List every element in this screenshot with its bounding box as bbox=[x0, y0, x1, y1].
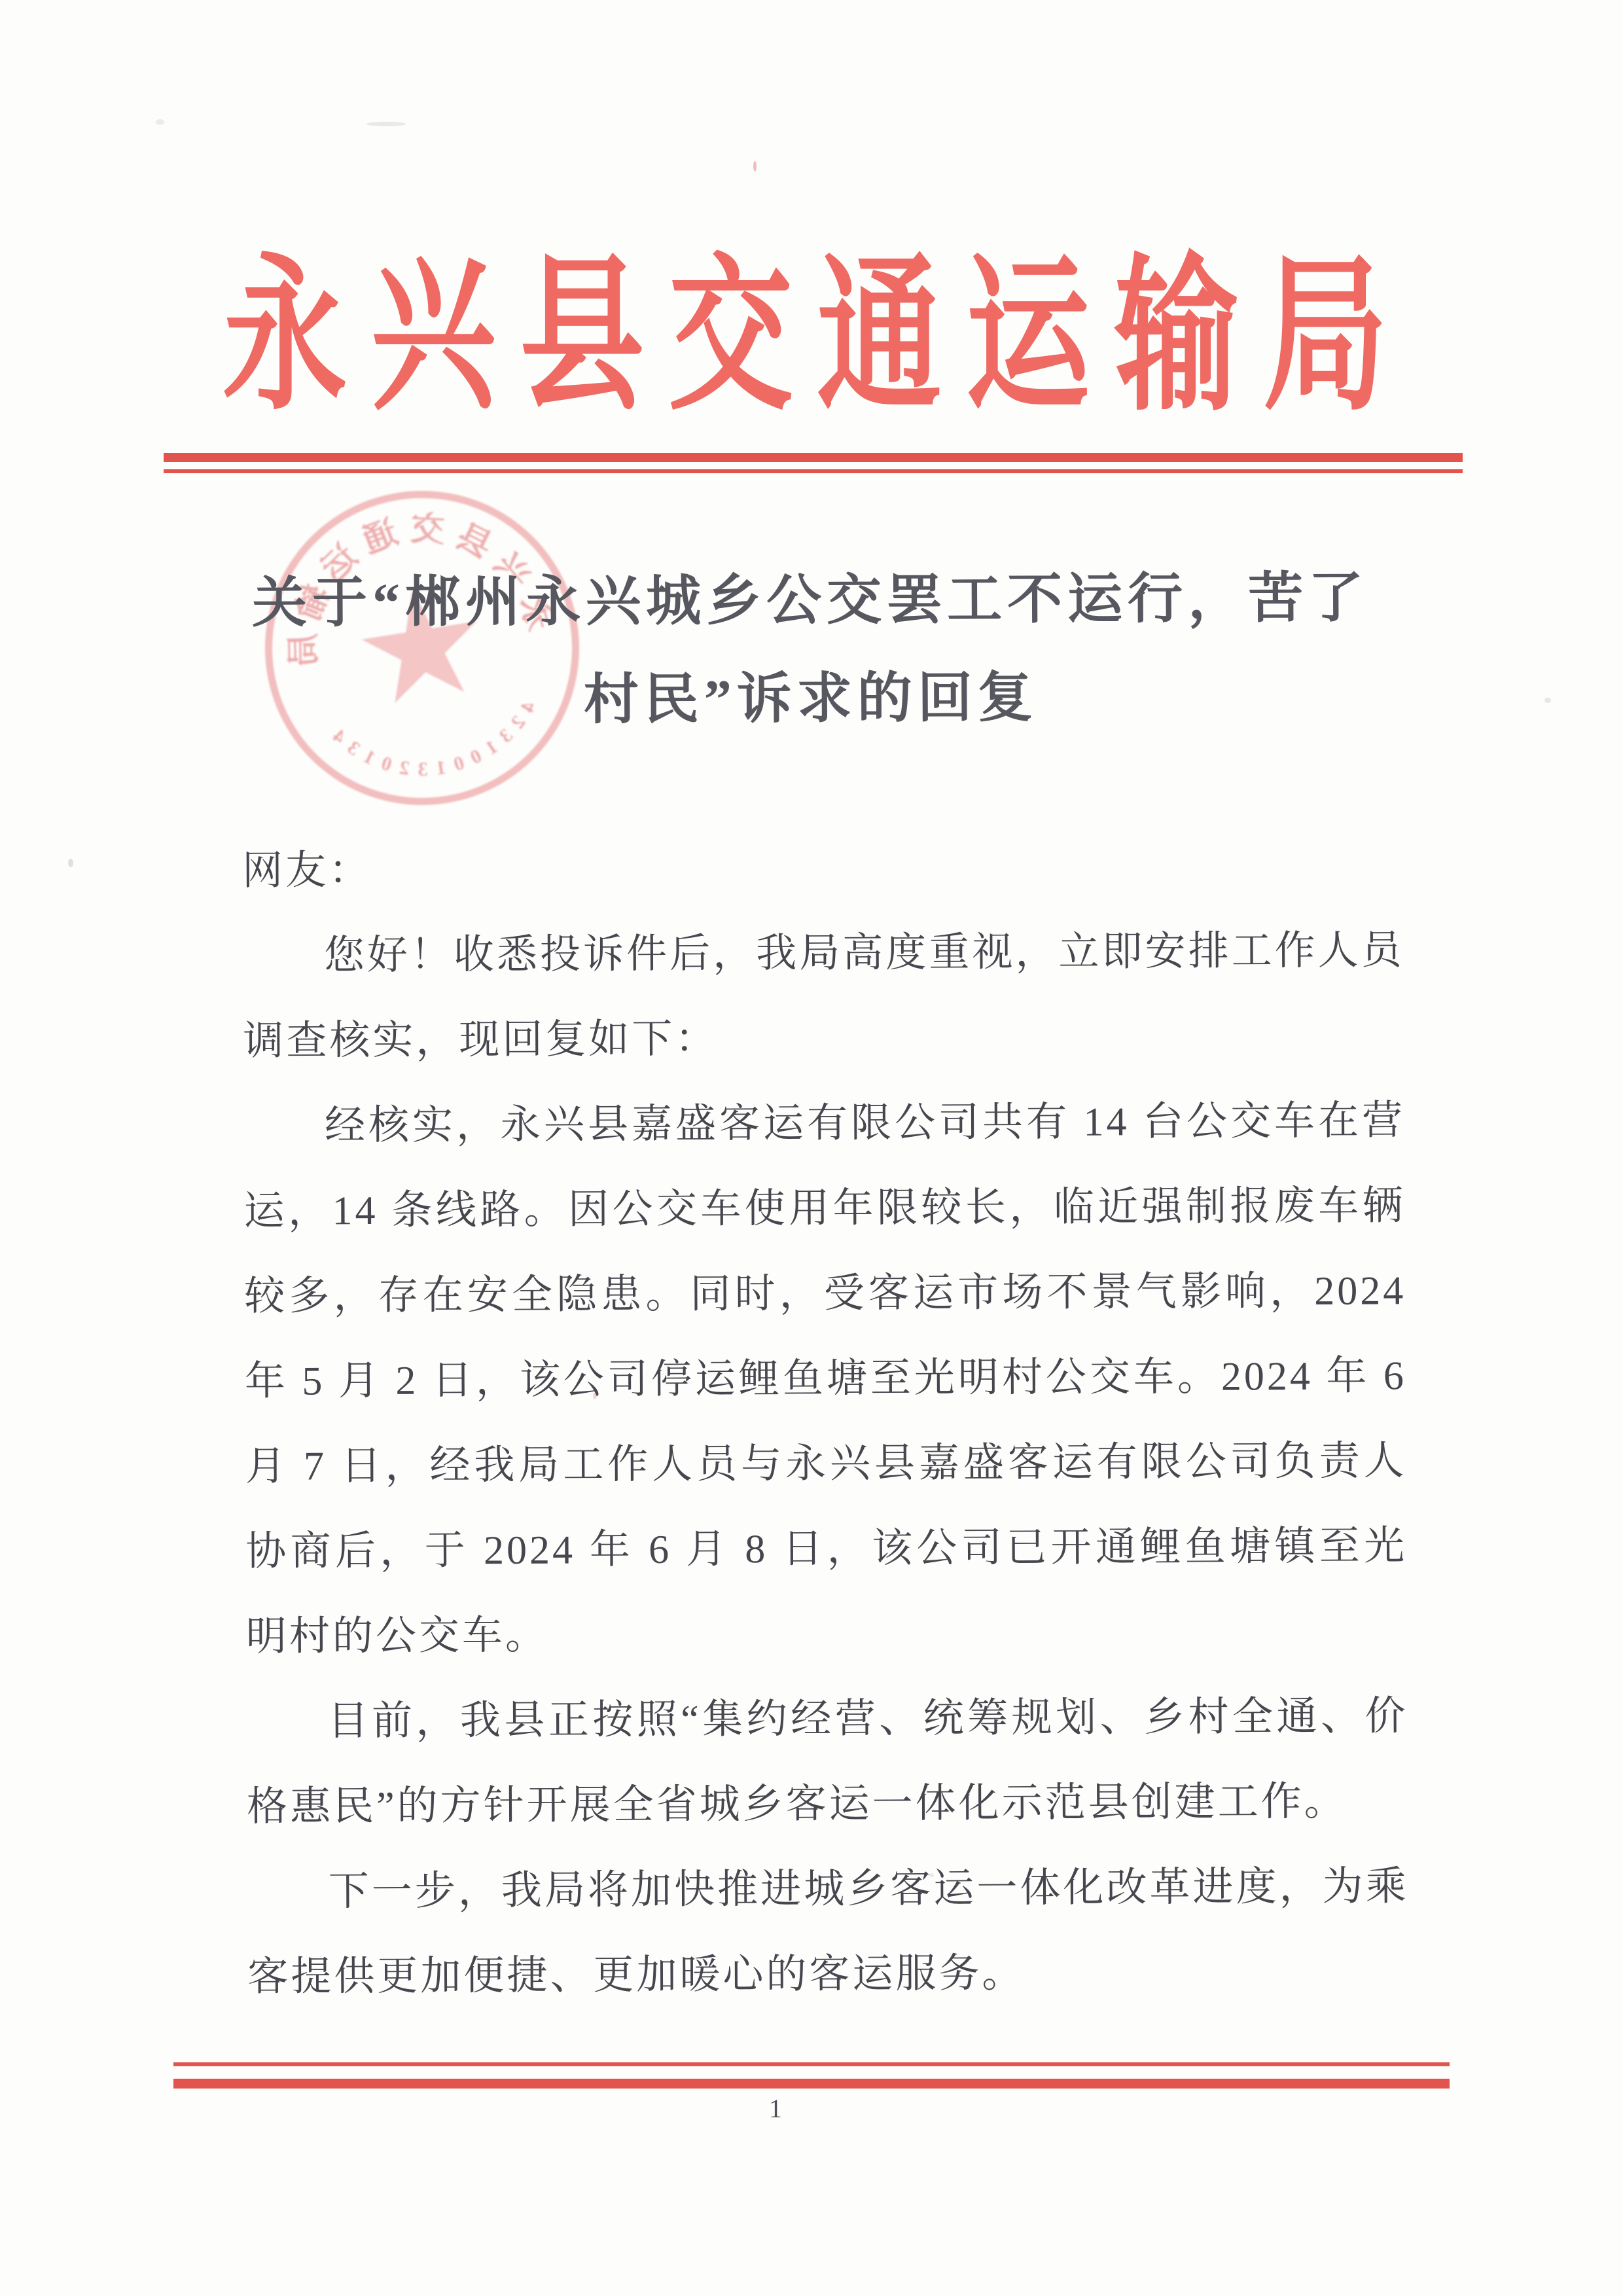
paragraph: 您好！收悉投诉件后，我局高度重视，立即安排工作人员调查核实，现回复如下： bbox=[242, 908, 1404, 1084]
header-rule-thin bbox=[164, 469, 1463, 473]
paragraph: 下一步，我局将加快推进城乡客运一体化改革进度，为乘客提供更加便捷、更加暖心的客运… bbox=[247, 1844, 1409, 2020]
footer-rule-thin bbox=[173, 2062, 1450, 2066]
scan-noise bbox=[753, 161, 757, 171]
scan-noise bbox=[366, 122, 406, 126]
salutation: 网友： bbox=[242, 823, 1404, 914]
document-title-line2: 村民”诉求的回复 bbox=[222, 647, 1400, 751]
paragraph: 目前，我县正按照“集约经营、统筹规划、乡村全通、价格惠民”的方针开展全省城乡客运… bbox=[246, 1674, 1408, 1850]
header-rule-thick bbox=[164, 453, 1463, 462]
scan-noise bbox=[156, 119, 164, 125]
document-title-line1: 关于“郴州永兴城乡公交罢工不运行，苦了 bbox=[221, 549, 1400, 653]
document-title: 关于“郴州永兴城乡公交罢工不运行，苦了 村民”诉求的回复 bbox=[221, 549, 1400, 751]
scanned-document-page: 永兴县交通运输局 永兴县交通运输局 4310231001324 关于“郴州永兴城… bbox=[0, 0, 1623, 2296]
page-number: 1 bbox=[0, 2093, 1551, 2124]
footer-rule-thick bbox=[173, 2079, 1450, 2089]
scan-noise bbox=[68, 859, 73, 867]
document-body: 网友： 您好！收悉投诉件后，我局高度重视，立即安排工作人员调查核实，现回复如下：… bbox=[242, 823, 1410, 2020]
letterhead-title: 永兴县交通运输局 bbox=[223, 254, 1387, 431]
scan-noise bbox=[1544, 698, 1551, 703]
text-block: 关于“郴州永兴城乡公交罢工不运行，苦了 村民”诉求的回复 网友： 您好！收悉投诉… bbox=[0, 0, 1619, 1]
paragraph: 经核实，永兴县嘉盛客运有限公司共有 14 台公交车在营运，14 条线路。因公交车… bbox=[243, 1078, 1408, 1679]
